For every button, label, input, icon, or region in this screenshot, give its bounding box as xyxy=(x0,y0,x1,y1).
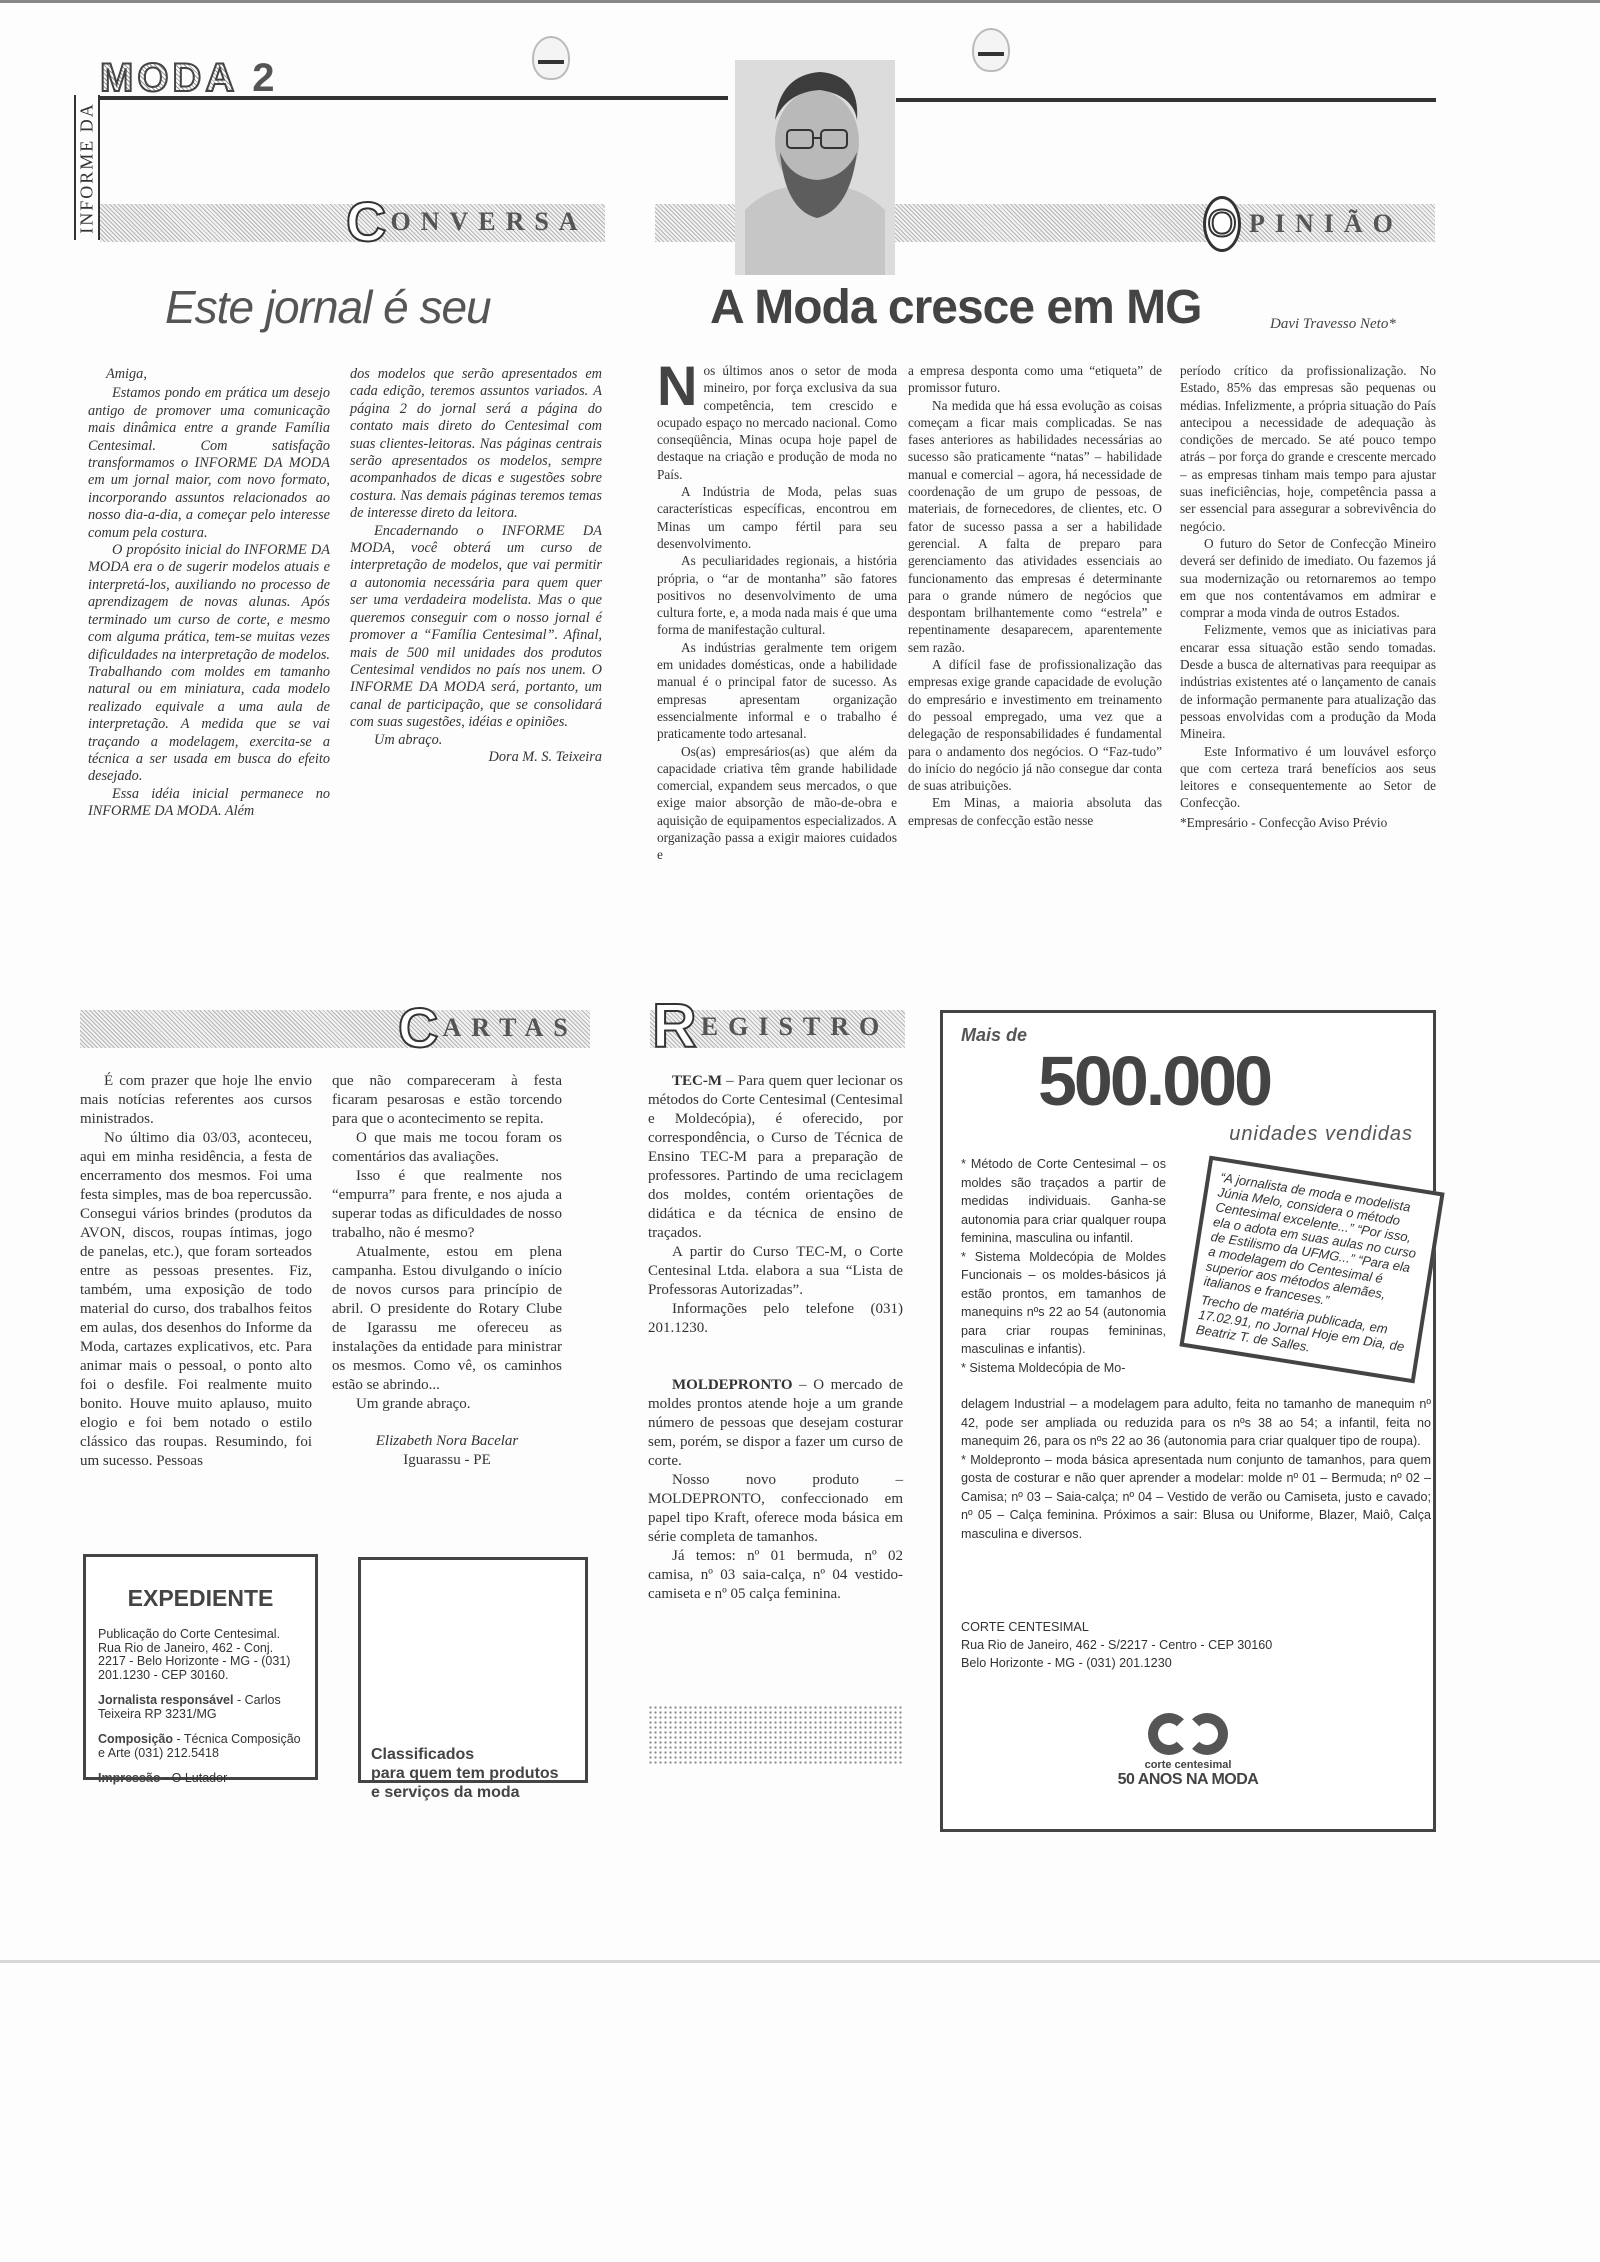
classificados-text: Classificados para quem tem produtos e s… xyxy=(371,1745,559,1802)
cartas-signature-place: Iguarassu - PE xyxy=(332,1451,562,1470)
newspaper-page: MODA2 INFORME DA C ONVERSA O PINIÃO Este… xyxy=(0,0,1600,2262)
dropcap: N xyxy=(657,364,697,408)
cartas-signature-name: Elizabeth Nora Bacelar xyxy=(332,1432,562,1451)
expediente-composicao: Composição - Técnica Composição e Arte (… xyxy=(98,1733,303,1760)
masthead-rule xyxy=(100,96,728,100)
corte-centesimal-logo: corte centesimal 50 ANOS NA MODA xyxy=(1113,1713,1263,1789)
opiniao-byline: Davi Travesso Neto* xyxy=(1270,316,1396,333)
expediente-publicacao: Publicação do Corte Centesimal. Rua Rio … xyxy=(98,1628,303,1682)
ad-big-number: 500.000 xyxy=(1038,1041,1270,1121)
conversa-section-title: C ONVERSA xyxy=(346,194,588,250)
ad-mais-de: Mais de xyxy=(961,1025,1027,1046)
portrait-image xyxy=(735,60,895,275)
opiniao-footnote: *Empresário - Confecção Aviso Prévio xyxy=(1180,814,1436,831)
binder-hole-icon xyxy=(972,28,1010,72)
page-number: 2 xyxy=(252,56,278,100)
page-fold-line xyxy=(0,1960,1600,1963)
opiniao-column-1: Nos últimos anos o setor de moda mineiro… xyxy=(657,362,897,864)
cartas-column-2: que não compareceram à festa ficaram pes… xyxy=(332,1072,562,1470)
binder-hole-icon xyxy=(532,36,570,80)
registro-column: TEC-M – Para quem quer lecionar os métod… xyxy=(648,1072,903,1604)
classificados-box: Classificados para quem tem produtos e s… xyxy=(358,1557,588,1783)
opiniao-section-title: O PINIÃO xyxy=(1203,196,1403,252)
dot-pattern-block xyxy=(648,1705,903,1765)
ad-product-list: * Método de Corte Centesimal – os moldes… xyxy=(961,1155,1166,1377)
conversa-column-1: Amiga, Estamos pondo em prática um desej… xyxy=(88,366,330,821)
expediente-jornalista: Jornalista responsável - Carlos Teixeira… xyxy=(98,1694,303,1721)
registro-section-title: R EGISTRO xyxy=(652,996,889,1058)
opiniao-banner-left xyxy=(655,204,735,242)
scan-top-edge xyxy=(0,0,1600,3)
expediente-box: EXPEDIENTE Publicação do Corte Centesima… xyxy=(83,1554,318,1780)
ad-unidades: unidades vendidas xyxy=(1229,1123,1413,1146)
conversa-signature: Dora M. S. Teixeira xyxy=(350,749,602,766)
expediente-impressao: Impressão - O Lutador xyxy=(98,1772,303,1786)
ad-address: CORTE CENTESIMAL Rua Rio de Janeiro, 462… xyxy=(961,1618,1272,1672)
moldepronto-title: MOLDEPRONTO xyxy=(672,1377,793,1393)
conversa-headline: Este jornal é seu xyxy=(165,280,491,334)
author-photo xyxy=(735,60,895,275)
vertical-label: INFORME DA xyxy=(74,95,100,240)
masthead-rule xyxy=(896,98,1436,102)
ad-press-quote: “A jornalista de moda e modelista Júnia … xyxy=(1179,1156,1444,1384)
advertisement-box: Mais de 500.000 unidades vendidas * Méto… xyxy=(940,1010,1436,1832)
cc-logo-icon xyxy=(1113,1713,1263,1759)
opiniao-headline: A Moda cresce em MG xyxy=(710,280,1201,335)
opiniao-column-3: período crítico da profissionalização. N… xyxy=(1180,362,1436,831)
masthead: MODA2 xyxy=(100,58,278,98)
tecm-title: TEC-M xyxy=(672,1073,722,1089)
cartas-section-title: C ARTAS xyxy=(398,1000,578,1056)
opiniao-column-2: a empresa desponta como uma “etiqueta” d… xyxy=(908,362,1162,829)
cartas-column-1: É com prazer que hoje lhe envio mais not… xyxy=(80,1072,312,1471)
masthead-title: MODA xyxy=(100,56,238,100)
expediente-title: EXPEDIENTE xyxy=(86,1585,315,1612)
conversa-column-2: dos modelos que serão apresentados em ca… xyxy=(350,366,602,766)
ad-product-list-continued: delagem Industrial – a modelagem para ad… xyxy=(961,1395,1431,1543)
